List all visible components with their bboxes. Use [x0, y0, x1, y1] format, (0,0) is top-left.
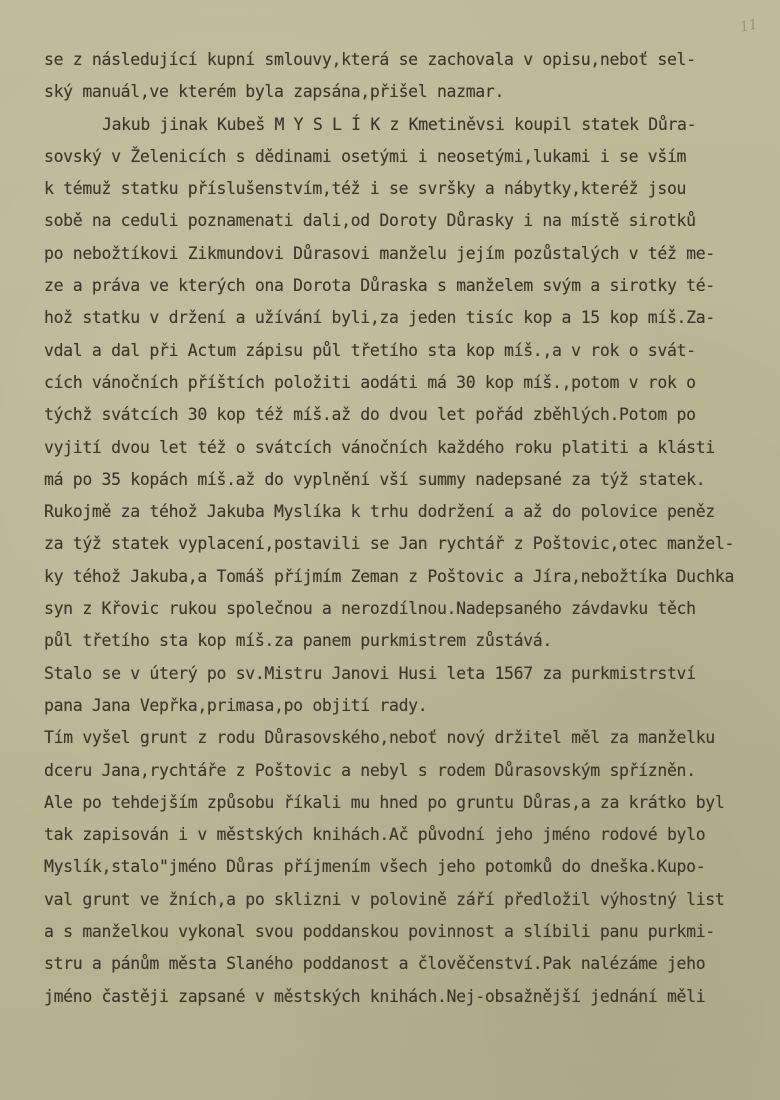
- text-line: vyjití dvou let též o svátcích vánočních…: [44, 432, 780, 464]
- text-line: a s manželkou vykonal svou poddanskou po…: [44, 916, 780, 948]
- text-line: jméno častěji zapsané v městských knihác…: [44, 981, 780, 1013]
- page-number-mark: 11: [739, 16, 760, 35]
- text-line: hož statku v držení a užívání byli,za je…: [44, 302, 780, 334]
- text-line: Jakub jinak Kubeš M Y S L Í K z Kmetiněv…: [44, 109, 780, 141]
- text-line: syn z Křovic rukou společnou a nerozdíln…: [44, 593, 780, 625]
- text-line: Rukojmě za téhož Jakuba Myslíka k trhu d…: [44, 496, 780, 528]
- text-line: pana Jana Vepřka,primasa,po objití rady.: [44, 690, 780, 722]
- text-line: tak zapisován i v městských knihách.Ač p…: [44, 819, 780, 851]
- text-line: val grunt ve žních,a po sklizni v polovi…: [44, 884, 780, 916]
- text-line: Ale po tehdejším způsobu říkali mu hned …: [44, 787, 780, 819]
- text-line: Myslík,stalo"jméno Důras příjmením všech…: [44, 851, 780, 883]
- text-line: půl třetího sta kop míš.za panem purkmis…: [44, 625, 780, 657]
- text-line: má po 35 kopách míš.až do vyplnění vší s…: [44, 464, 780, 496]
- text-line: sobě na ceduli poznamenati dali,od Dorot…: [44, 205, 780, 237]
- text-line: stru a pánům města Slaného poddanost a č…: [44, 948, 780, 980]
- text-line: Stalo se v úterý po sv.Mistru Janovi Hus…: [44, 658, 780, 690]
- text-line: vdal a dal při Actum zápisu půl třetího …: [44, 335, 780, 367]
- text-line: k témuž statku příslušenstvím,též i se s…: [44, 173, 780, 205]
- text-line: za týž statek vyplacení,postavili se Jan…: [44, 528, 780, 560]
- text-line: Tím vyšel grunt z rodu Důrasovského,nebo…: [44, 722, 780, 754]
- text-line: týchž svátcích 30 kop též míš.až do dvou…: [44, 399, 780, 431]
- text-line: po nebožtíkovi Zikmundovi Důrasovi manže…: [44, 238, 780, 270]
- text-line: ský manuál,ve kterém byla zapsána,přišel…: [44, 76, 780, 108]
- text-line: se z následující kupní smlouvy,která se …: [44, 44, 780, 76]
- text-line: ze a práva ve kterých ona Dorota Důraska…: [44, 270, 780, 302]
- text-line: cích vánočních příštích položiti aodáti …: [44, 367, 780, 399]
- text-line: dceru Jana,rychtáře z Poštovic a nebyl s…: [44, 755, 780, 787]
- text-line: ky téhož Jakuba,a Tomáš příjmím Zeman z …: [44, 561, 780, 593]
- text-line: sovský v Želenicích s dědinami osetými i…: [44, 141, 780, 173]
- typewritten-text-block: se z následující kupní smlouvy,která se …: [44, 44, 780, 1013]
- document-page: 11 se z následující kupní smlouvy,která …: [0, 0, 780, 1100]
